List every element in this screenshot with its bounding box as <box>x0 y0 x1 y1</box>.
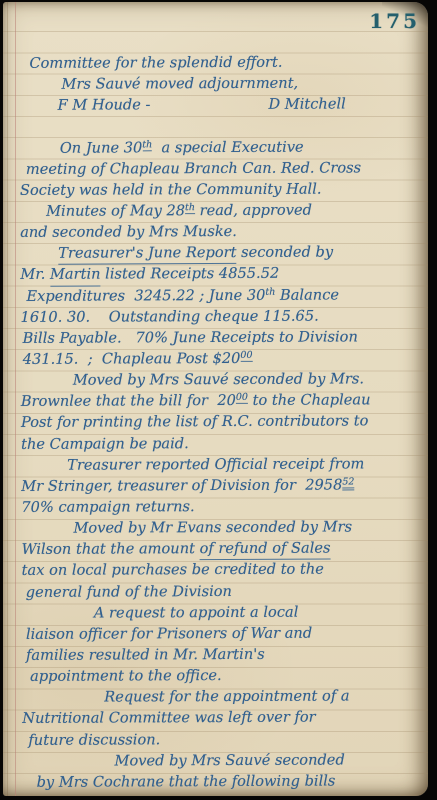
page-number: 175 <box>369 9 420 33</box>
handwriting-segment: Minutes of May 28 <box>46 200 185 222</box>
signature-left: F M Houde - <box>58 95 151 117</box>
handwriting-line: 431.15. ; Chapleau Post $2000 <box>23 347 422 370</box>
handwriting-segment: tax on local purchases be credited to th… <box>22 559 324 581</box>
handwriting-segment: Moved by Mrs Sauvé seconded by Mrs. <box>73 368 364 390</box>
handwriting-segment: 00 <box>240 351 252 362</box>
margin-line <box>15 2 16 796</box>
handwriting-segment: Treasurer's June Report <box>58 242 236 265</box>
motion-text: Mrs Sauvé moved adjournment, <box>61 73 298 95</box>
handwriting-line: meeting of Chapleau Branch Can. Red. Cro… <box>26 157 421 180</box>
handwriting-segment: th <box>265 287 275 297</box>
handwriting-line: liaison officer for Prisoners of War and <box>26 622 423 645</box>
handwriting-segment: Martin <box>50 264 101 286</box>
handwriting-line: tax on local purchases be credited to th… <box>22 558 423 581</box>
handwriting-segment: Post for printing the list of R.C. contr… <box>21 411 368 434</box>
handwriting-segment: Moved by Mrs Sauvé seconded <box>114 749 344 771</box>
handwriting-segment: 70% campaign returns. <box>21 496 194 518</box>
handwritten-minutes: Committee for the splendid effort.Mrs Sa… <box>19 51 423 793</box>
handwriting-segment: 1610. 30. Outstanding cheque 115.65. <box>20 305 318 327</box>
handwriting-line: general fund of the Division <box>26 580 423 603</box>
handwriting-line: families resulted in Mr. Martin's <box>26 643 423 666</box>
handwriting-line: 70% campaign returns. <box>21 495 422 518</box>
handwriting-line: Brownlee that the bill for 2000 to the C… <box>21 389 422 412</box>
handwriting-line: Society was held in the Community Hall. <box>20 178 421 201</box>
handwriting-segment: seconded by <box>236 242 333 264</box>
handwriting-segment: Balance <box>275 284 339 305</box>
handwriting-line: Moved by Mr Evans seconded by Mrs <box>73 516 422 539</box>
handwriting-line: Expenditures 3245.22 ; June 30th Balance <box>26 284 421 307</box>
handwriting-line: Request for the appointment of a <box>104 685 423 708</box>
handwriting-segment: and seconded by Mrs Muske. <box>20 221 237 243</box>
handwriting-line: Moved by Mrs Sauvé seconded <box>114 749 423 771</box>
handwriting-line: Committee for the splendid effort. <box>29 51 420 74</box>
handwriting-line: 1610. 30. Outstanding cheque 115.65. <box>20 305 421 328</box>
handwriting-line: the Campaign be paid. <box>21 432 422 455</box>
handwriting-segment: 00 <box>236 393 248 404</box>
handwriting-line: by Mrs Cochrane that the following bills <box>37 770 424 793</box>
handwriting-segment: Bills Payable. 70% June Receipts to Divi… <box>23 326 358 349</box>
handwriting-segment: On June 30 <box>60 137 143 159</box>
handwriting-segment: appointment to the office. <box>30 665 222 687</box>
handwriting-segment: Mr Stringer, treasurer of Division for 2… <box>21 474 342 497</box>
handwriting-line: Moved by Mrs Sauvé seconded by Mrs. <box>73 368 422 391</box>
handwriting-segment: of refund of Sales <box>200 538 331 561</box>
handwriting-line <box>20 115 421 138</box>
handwriting-line: Treasurer's June Report seconded by <box>58 241 421 264</box>
handwriting-segment: Committee for the splendid effort. <box>29 52 282 74</box>
handwriting-segment: Treasurer reported Official receipt from <box>67 453 364 475</box>
handwriting-segment: Brownlee that the bill for 20 <box>21 390 236 412</box>
handwriting-line: Nutritional Committee was left over for <box>22 706 423 729</box>
handwriting-segment: 431.15. ; Chapleau Post $20 <box>23 348 241 370</box>
handwriting-line: Wilson that the amount of refund of Sale… <box>22 537 423 560</box>
handwriting-segment: meeting of Chapleau Branch Can. Red. Cro… <box>26 157 361 180</box>
handwriting-line: Mrs Sauvé moved adjournment, <box>61 72 420 95</box>
handwriting-segment: liaison officer for Prisoners of War and <box>26 622 312 644</box>
gutter-line <box>7 2 8 796</box>
handwriting-segment: by Mrs Cochrane that the following bills <box>37 770 336 792</box>
handwriting-line: Minutes of May 28th read, approved <box>46 199 421 222</box>
scan-background: { "page": { "number": "175" }, "colors":… <box>0 0 437 800</box>
scanned-page: 175 Committee for the splendid effort.Mr… <box>0 0 437 800</box>
handwriting-line: Mr Stringer, treasurer of Division for 2… <box>21 474 422 497</box>
signature-right: D Mitchell <box>268 94 345 115</box>
handwriting-segment: listed Receipts 4855.52 <box>100 263 279 285</box>
handwriting-segment: Request for the appointment of a <box>104 686 349 708</box>
handwriting-segment: to the Chapleau <box>248 390 371 412</box>
handwriting-segment: Expenditures 3245.22 ; June 30 <box>26 284 265 306</box>
paper: 175 Committee for the splendid effort.Mr… <box>3 2 428 796</box>
handwriting-line: Post for printing the list of R.C. contr… <box>21 411 422 434</box>
handwriting-line: A request to appoint a local <box>94 601 423 624</box>
handwriting-line: F M Houde -D Mitchell <box>58 93 421 116</box>
handwriting-line: appointment to the office. <box>30 664 423 687</box>
handwriting-segment: Society was held in the Community Hall. <box>20 178 322 200</box>
handwriting-segment: a special Executive <box>152 136 304 158</box>
handwriting-segment: Moved by Mr Evans seconded by Mrs <box>73 517 352 539</box>
handwriting-segment: A request to appoint a local <box>94 601 299 623</box>
handwriting-line: On June 30th a special Executive <box>60 136 421 159</box>
handwriting-segment: read, approved <box>195 200 312 222</box>
handwriting-segment: the Campaign be paid. <box>21 433 189 455</box>
handwriting-segment: 52 <box>342 477 354 490</box>
handwriting-line: Treasurer reported Official receipt from <box>67 453 422 476</box>
handwriting-segment: th <box>142 140 152 151</box>
handwriting-segment: families resulted in Mr. Martin's <box>26 644 265 666</box>
handwriting-line: Mr. Martin listed Receipts 4855.52 <box>20 263 421 286</box>
handwriting-segment: general fund of the Division <box>26 580 232 602</box>
handwriting-line: and seconded by Mrs Muske. <box>20 220 421 243</box>
handwriting-line: future discussion. <box>28 728 423 751</box>
handwriting-segment: Mr. <box>20 264 50 285</box>
handwriting-line: Bills Payable. 70% June Receipts to Divi… <box>23 326 422 349</box>
handwriting-segment: th <box>185 203 195 214</box>
handwriting-segment: future discussion. <box>28 729 160 751</box>
handwriting-segment: Nutritional Committee was left over for <box>22 707 315 729</box>
handwriting-segment: Wilson that the amount <box>22 538 200 560</box>
